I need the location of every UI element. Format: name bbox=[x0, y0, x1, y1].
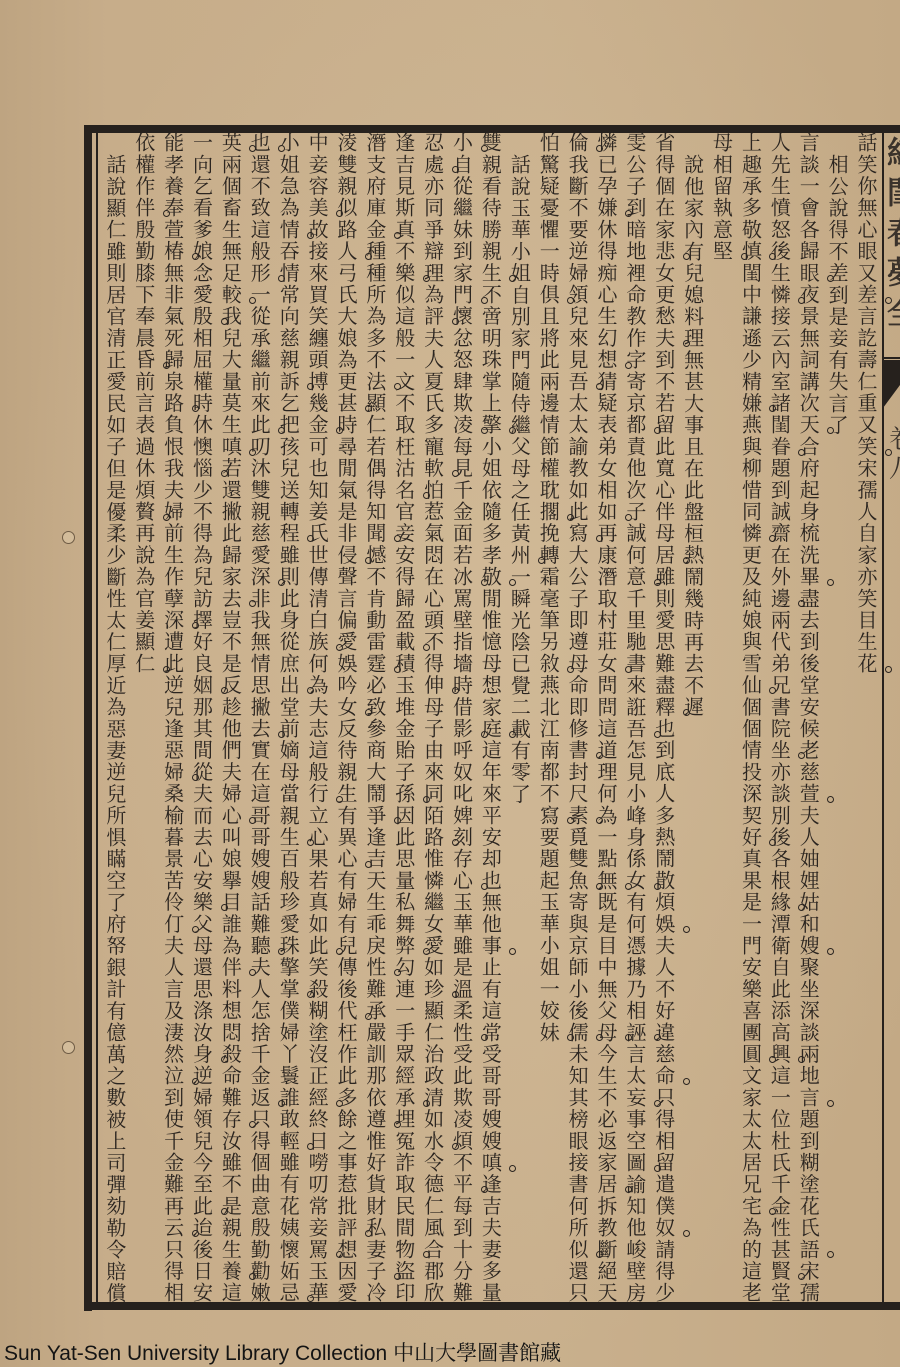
text-column: 淩雙親似路人○弓氏大娘為更甚○時尋閒氣是非侵○聲言偏愛娛吟女○反待親生有異心○有… bbox=[331, 132, 360, 1307]
scanned-book-page: 紅閨春夢全 卷八 話笑你無心眼又差○言訖壽仁重又笑○宋孺人自家亦笑目生花○ 相公… bbox=[0, 0, 900, 1367]
text-column: 一向乞看爹娘念愛殷○相屈權時休懊惱○少不得為兒訪擇好良姻○那其間從夫而去心安樂○… bbox=[187, 132, 216, 1307]
text-column: 相公說得不差到是妾有失言了 bbox=[822, 132, 851, 1307]
fishtail-mark bbox=[883, 358, 900, 410]
text-column: 倫○我斷不要逆婦領兒來見吾○太太諭教如此寫○大公子即遵母命即修書○封尺素○覓雙魚… bbox=[562, 132, 591, 1307]
text-column: 話笑你無心眼又差○言訖壽仁重又笑○宋孺人自家亦笑目生花○ bbox=[851, 132, 880, 1307]
binding-hole bbox=[62, 531, 75, 544]
text-column: 小○自從繼妹到家門○懷忿怒肆欺凌○每見千金面若冰○罵壁指墻時借影○呼奴叱婢刻存心… bbox=[447, 132, 476, 1307]
text-column: 雯公子到暗地裡命教作字寄京都○責他次子誠何意○千里馳書來誑吾○怎見小峰身係女○有… bbox=[620, 132, 649, 1307]
text-column: 母相留執意堅○ bbox=[707, 132, 736, 1307]
text-column: 中妾容美○故接來買笑纏頭博幾金○可也知姜氏世傳清白族○何為夫志這般行○立心果若真… bbox=[302, 132, 331, 1307]
text-column: 話說顯仁雖則居官清正愛民如子但是優柔少斷性太仁厚近為惡妻逆兒所惧瞞空了府帑銀計有… bbox=[100, 132, 129, 1307]
text-column: 言談一會各歸眼○夜景無詞講次天○合府起身梳洗畢○盡去到後堂安候老慈萱○夫人妯娌姑… bbox=[793, 132, 822, 1307]
text-column: 潛支府庫金○種種所為多不法○顯仁若偶得知聞○憾不肯動雷霆○必致參商大鬧爭○逢吉天… bbox=[360, 132, 389, 1307]
text-column: 省得個在家悲○女更愁夫○到不若留此寬心伴母居○雖則愛思難盡釋○也到底人多熱鬧散煩… bbox=[649, 132, 678, 1307]
text-column: 小姐急為情○吞情常向慈親訴○乞把孩兒送轉程○雖則此身從庶出○堂前嫡母當親生○百般… bbox=[273, 132, 302, 1307]
text-body: 話笑你無心眼又差○言訖壽仁重又笑○宋孺人自家亦笑目生花○ 相公說得不差到是妾有失… bbox=[99, 132, 880, 1307]
text-column: 話說玉華小姐自別家門隨侍繼父母之任黃州○一瞬光陰已覺二載有零了 bbox=[504, 132, 533, 1307]
text-column: 能孝養奉萱椿○無非氣死歸泉路○負恨我夫婦前生作孽深○遭此逆兒逢惡婦○桑榆暮景苦伶… bbox=[158, 132, 187, 1307]
page-border-left-inner bbox=[96, 133, 98, 1303]
text-column: 人先生憤怒後生憐○接云內室諸閨眷○題到誠齋在外邊○兩代弟兄書院坐○亦談別後各根緣… bbox=[764, 132, 793, 1307]
text-column: 逢吉見斯真不樂○似這般一文不取枉沽名○官妾安得歸盈載○積玉堆金貽子孫○因此思量私… bbox=[389, 132, 418, 1307]
text-column: 雙親看待勝親生○不啻明珠掌上擎○小姐依隨多孝敬○閒惟憶母想家庭○這年來平安却也無… bbox=[476, 132, 505, 1307]
text-column: 憐已孕嫌○休得痴心生幻想○猜疑表弟女相如○再康潛取村莊女○問問這道理何為一點無○… bbox=[591, 132, 620, 1307]
text-column: 說他家內有兒媳料理無甚大事且在此盤桓熱鬧幾時再去不遲 bbox=[678, 132, 707, 1307]
text-column: 上趣承多敬慎○閨中謙遜少精嫌○燕與柳惜同憐○更及純娘與雪仙○個個情投深契好○真果… bbox=[736, 132, 765, 1307]
text-column: 忍處○亦同爭辯理為評○夫人夏氏多寵軟○怕惹氣悶在心頭不得伸○母子由來同陌路○惟憐… bbox=[418, 132, 447, 1307]
text-column: 也○還不致這般形○一從承繼前來此○叨沐雙親慈愛深○非我無情思撇去○實在這哥哥嫂嫂… bbox=[244, 132, 273, 1307]
page-border-left bbox=[84, 125, 92, 1311]
text-column: 英○兩個畜生無足較○我兒大量莫生嗔○若還撇此歸家去○豈不是反趁他們夫婦心○叫娘擧… bbox=[216, 132, 245, 1307]
library-caption: Sun Yat-Sen University Library Collectio… bbox=[4, 1337, 561, 1367]
margin-title: 紅閨春夢全 bbox=[882, 136, 900, 336]
binding-hole bbox=[62, 1041, 75, 1054]
text-column: 依權作伴○殷勤膝下奉晨昏○前言表過休煩贅○再說為官姜顯仁○ bbox=[129, 132, 158, 1307]
text-column: 怕驚疑憂懼一時俱○且將此兩邊情節權耽擱○挽轉霜毫筆另敘○燕北江南都不寫○要題起玉… bbox=[533, 132, 562, 1307]
